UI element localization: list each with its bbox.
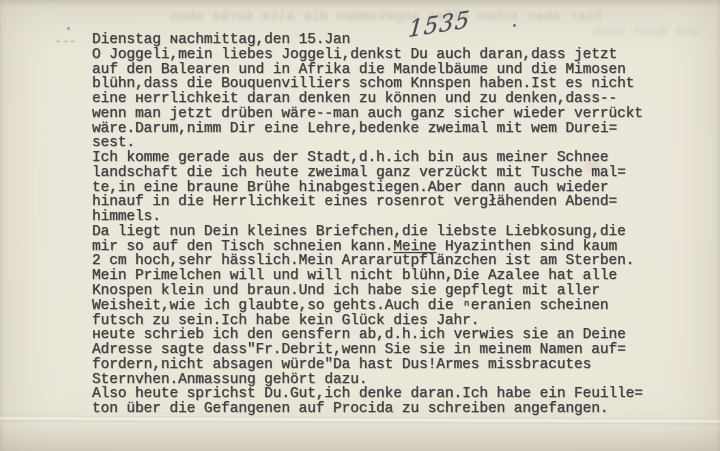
pencil-dashes: --- <box>54 34 76 50</box>
typed-line: ton über die Gefangenen auf Procida zu s… <box>92 402 682 417</box>
typed-line: ʜeute schrieb ich den ɢensfern ab,d.h.ic… <box>92 328 682 343</box>
typed-line: wäre.Darum,nimm Dir eine Lehre,bedenke z… <box>92 122 682 137</box>
typed-line: blühn,dass die Bouquenvilliers schom Knn… <box>92 77 682 92</box>
ink-dot <box>67 27 70 30</box>
typed-line: Knospen klein und braun.Und ich habe sie… <box>92 284 682 299</box>
typed-line: Ich komme gerade aus der Stadt,d.h.ich b… <box>92 151 682 166</box>
typed-line: himmels. <box>92 210 682 225</box>
typed-line: Mein Primelchen will und will nicht blüh… <box>92 269 682 284</box>
typed-line: O Joggeli,mein liebes Joggeli,denkst Du … <box>92 48 682 63</box>
typed-line: eine ʜerrlichkeit daran denken zu können… <box>92 92 682 107</box>
ink-dot <box>513 24 516 27</box>
letter-page: hier oben schon alles angekommen die alt… <box>0 0 720 451</box>
typed-line: hinauf in die Herrlichkeit eines rosenro… <box>92 195 682 210</box>
typed-line: Adresse sagte dass"Fr.Debrit,wenn Sie si… <box>92 343 682 358</box>
typed-line: Weisheit,wie ich glaubte,so gehts.Auch d… <box>92 299 682 314</box>
typed-line: wenn man jetzt drüben wäre--man auch gan… <box>92 107 682 122</box>
typed-line: sest. <box>92 136 682 151</box>
typed-line: Also heute sprichst Du.Gut,ich denke dar… <box>92 387 682 402</box>
typed-line: Da liegt nun Dein kleines Briefchen,die … <box>92 225 682 240</box>
letter-body: Dienstag ɴachmittag,den 15.JanO Joggeli,… <box>92 33 682 417</box>
paper-edge-shadow <box>0 425 720 451</box>
typed-line: fordern,nicht absagen würde"Da hast Dus!… <box>92 358 682 373</box>
typed-line: landschaft die ich heute zweimal ganz ve… <box>92 166 682 181</box>
typed-line: Dienstag ɴachmittag,den 15.Jan <box>92 33 682 48</box>
